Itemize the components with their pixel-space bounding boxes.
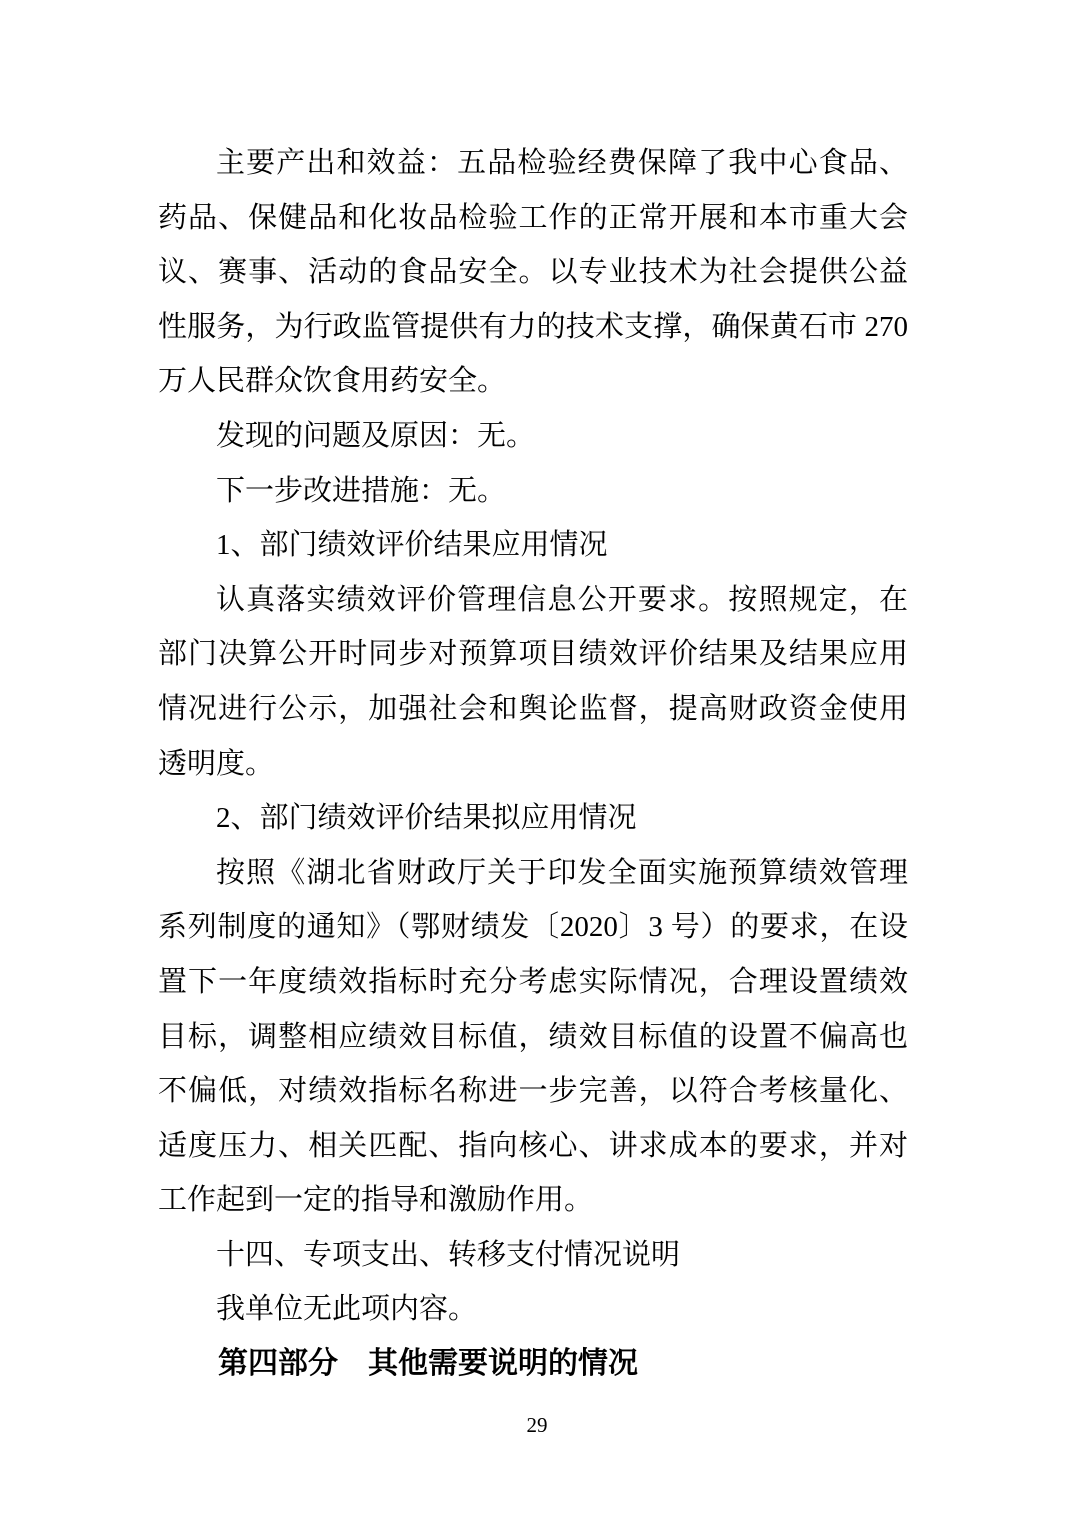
- subheading-evaluation-result-application: 1、部门绩效评价结果应用情况: [158, 518, 908, 573]
- paragraph-problems-found: 发现的问题及原因：无。: [158, 409, 908, 464]
- paragraph-main-output-benefits: 主要产出和效益：五品检验经费保障了我中心食品、药品、保健品和化妆品检验工作的正常…: [158, 136, 908, 409]
- paragraph-next-step-measures: 下一步改进措施：无。: [158, 464, 908, 519]
- document-content: 主要产出和效益：五品检验经费保障了我中心食品、药品、保健品和化妆品检验工作的正常…: [158, 136, 908, 1392]
- page-number: 29: [0, 1412, 1074, 1438]
- paragraph-evaluation-result-application: 认真落实绩效评价管理信息公开要求。按照规定，在部门决算公开时同步对预算项目绩效评…: [158, 573, 908, 791]
- subheading-special-expenditure-transfer-payment: 十四、专项支出、转移支付情况说明: [158, 1228, 908, 1283]
- subheading-evaluation-result-planned-application: 2、部门绩效评价结果拟应用情况: [158, 791, 908, 846]
- section-heading-part-four: 第四部分 其他需要说明的情况: [158, 1337, 908, 1392]
- paragraph-evaluation-result-planned-application: 按照《湖北省财政厅关于印发全面实施预算绩效管理系列制度的通知》（鄂财绩发〔202…: [158, 846, 908, 1228]
- document-page: 主要产出和效益：五品检验经费保障了我中心食品、药品、保健品和化妆品检验工作的正常…: [0, 0, 1074, 1520]
- paragraph-no-content: 我单位无此项内容。: [158, 1282, 908, 1337]
